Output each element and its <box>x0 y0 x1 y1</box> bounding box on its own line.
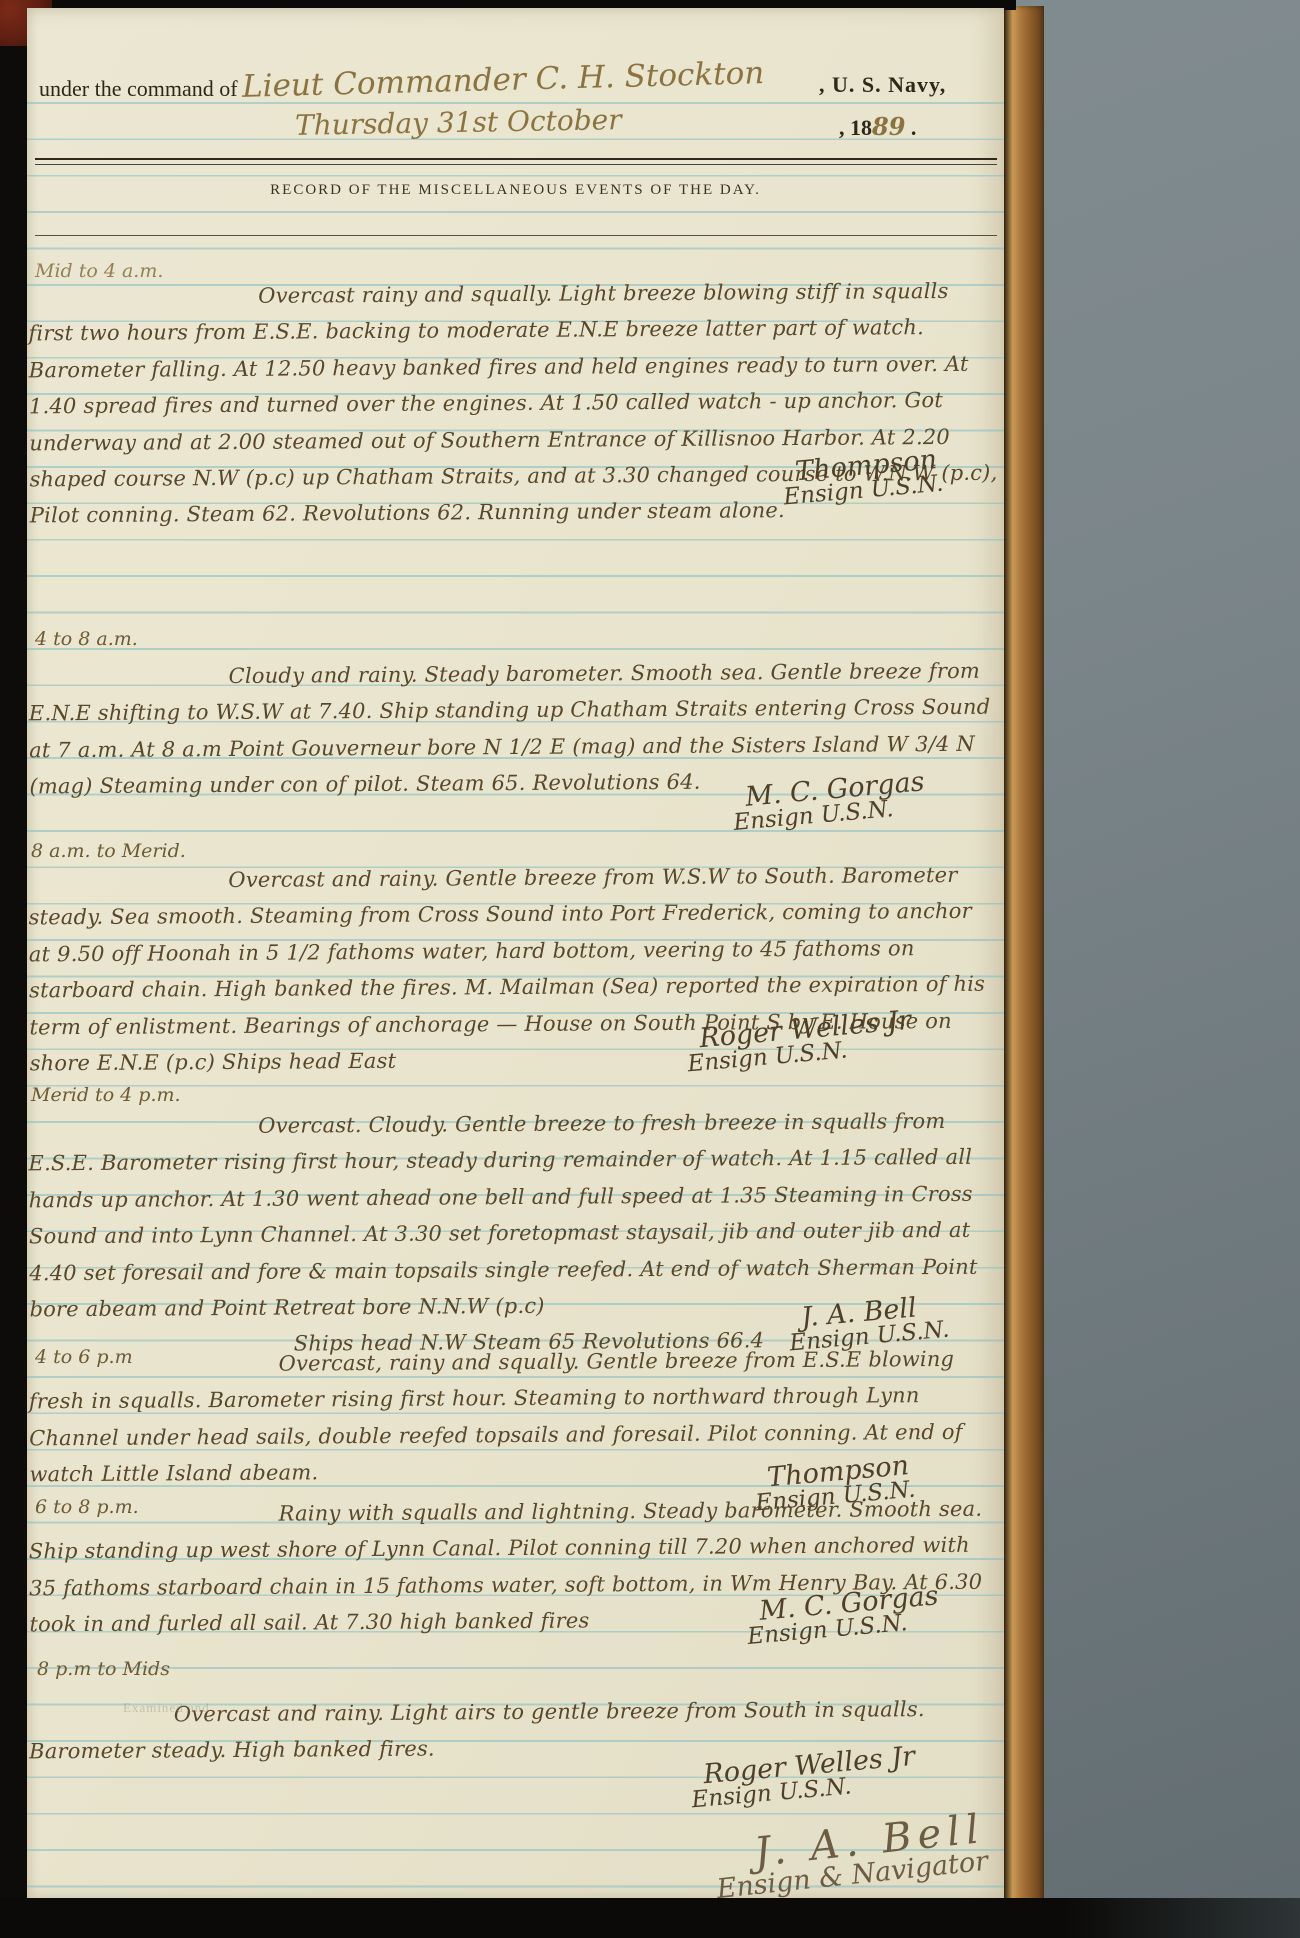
scan-backdrop <box>1000 0 1300 1938</box>
ghost-print: Examined and <box>123 1700 210 1716</box>
watch-label-8am-merid: 8 a.m. to Merid. <box>31 840 186 862</box>
commander-handwritten: Lieut Commander C. H. Stockton <box>242 55 765 105</box>
section-title: RECORD OF THE MISCELLANEOUS EVENTS OF TH… <box>27 182 1004 199</box>
book-spine <box>0 0 27 1938</box>
logbook-scan: { "header": { "printed_prefix": "under t… <box>0 0 1300 1938</box>
watch-label-4-8am: 4 to 8 a.m. <box>35 628 138 650</box>
year-prefix: , 18 <box>839 115 872 140</box>
printed-us-navy: , U. S. Navy, <box>819 72 946 98</box>
scan-bottom-edge <box>0 1898 1300 1938</box>
date-handwritten: Thursday 31st October <box>295 103 622 142</box>
watch-label-merid-4pm: Merid to 4 p.m. <box>31 1084 181 1106</box>
book-page-edges <box>1004 6 1044 1906</box>
printed-command-prefix: under the command of <box>39 76 238 102</box>
final-signature-block: J. A. Bell Ensign & Navigator <box>711 1806 989 1905</box>
year-handwritten: 89 <box>872 112 905 141</box>
logbook-page: under the command of Lieut Commander C. … <box>27 8 1004 1900</box>
year-period: . <box>905 115 916 140</box>
double-rule <box>35 158 997 165</box>
watch-label-8pm-mid: 8 p.m to Mids <box>37 1658 170 1680</box>
entry-text-main: Overcast. Cloudy. Gentle breeze to fresh… <box>28 1109 977 1321</box>
printed-year: , 1889 . <box>839 112 916 141</box>
single-rule <box>35 235 997 236</box>
